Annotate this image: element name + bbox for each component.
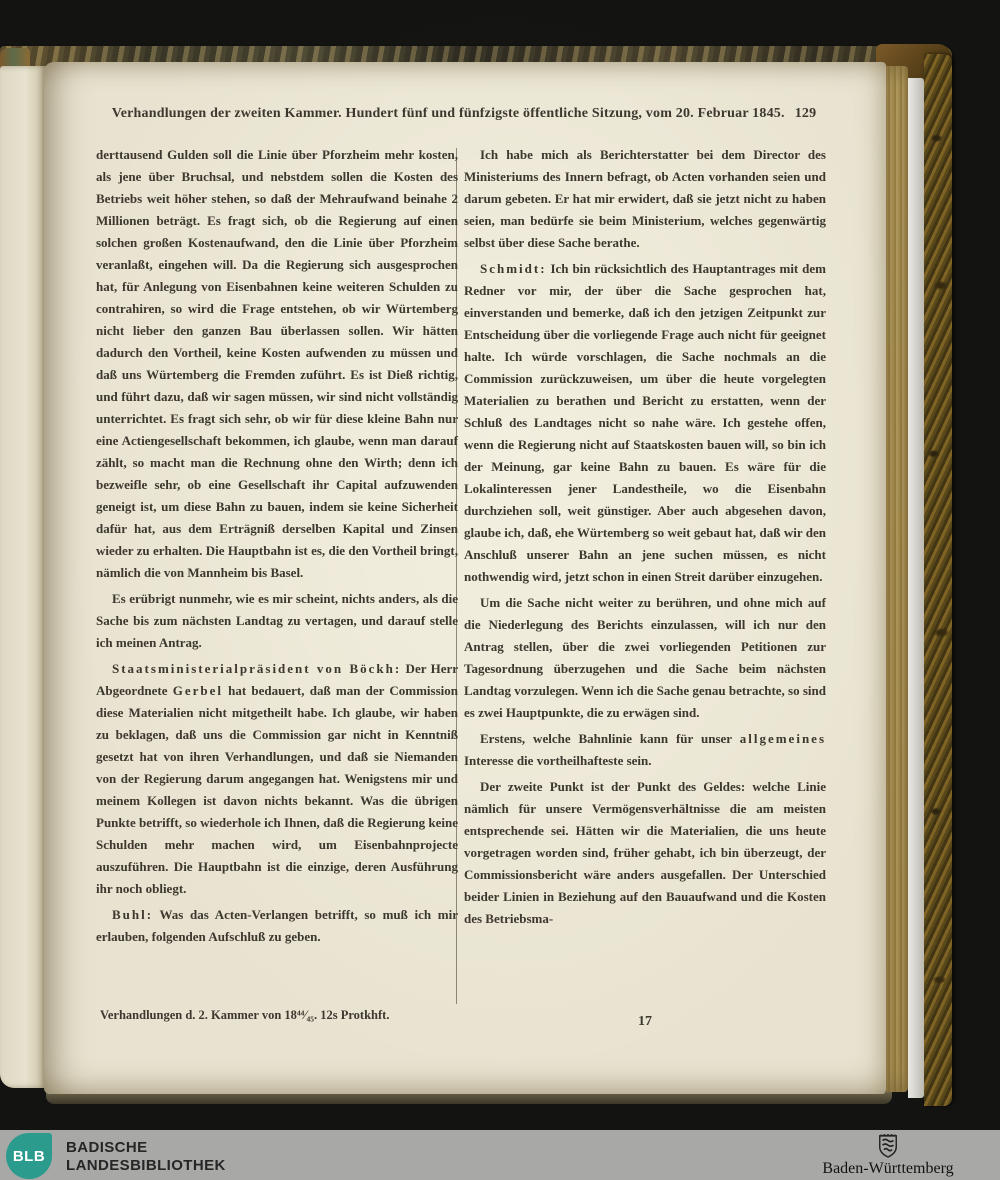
- book-under-pages-edge: [908, 78, 924, 1098]
- paragraph: Buhl: Was das Acten-Verlangen betrifft, …: [96, 904, 458, 948]
- column-left: derttausend Gulden soll die Linie über P…: [96, 144, 458, 952]
- page-header-text: Verhandlungen der zweiten Kammer. Hunder…: [112, 106, 785, 121]
- page-footnote: Verhandlungen d. 2. Kammer von 18⁴⁴⁄₄₅. …: [100, 1008, 500, 1023]
- book-fore-edge: [886, 66, 908, 1092]
- speaker-label: Schmidt:: [480, 261, 547, 276]
- page-number: 129: [785, 106, 817, 121]
- paragraph: Es erübrigt nunmehr, wie es mir scheint,…: [96, 588, 458, 654]
- library-name-line2: LANDESBIBLIOTHEK: [66, 1157, 226, 1175]
- blb-logo-text: BLB: [13, 1148, 45, 1165]
- state-name: Baden-Württemberg: [788, 1160, 988, 1178]
- library-name: BADISCHE LANDESBIBLIOTHEK: [66, 1139, 226, 1175]
- column-right: Ich habe mich als Berichterstatter bei d…: [464, 144, 826, 934]
- paragraph-text: Ich bin rücksichtlich des Hauptantrages …: [464, 261, 826, 584]
- paragraph-text: derttausend Gulden soll die Linie über P…: [96, 147, 458, 580]
- paragraph-text: hat bedauert, daß man der Commission die…: [96, 683, 458, 896]
- paragraph-text: Der zweite Punkt ist der Punkt des Gelde…: [464, 779, 826, 926]
- paragraph-emphasis: allgemeines: [740, 731, 826, 746]
- blb-logo: BLB: [6, 1133, 52, 1179]
- paragraph: Der zweite Punkt ist der Punkt des Gelde…: [464, 776, 826, 930]
- paragraph: Ich habe mich als Berichterstatter bei d…: [464, 144, 826, 254]
- left-page-sliver: [0, 66, 46, 1088]
- speaker-label: Staatsministerialpräsident von Böckh:: [112, 661, 401, 676]
- paragraph-emphasis: Gerbel: [173, 683, 223, 698]
- paragraph-text: Interesse die vortheilhafteste sein.: [464, 753, 652, 768]
- paragraph: Staatsministerialpräsident von Böckh: De…: [96, 658, 458, 900]
- paragraph: Um die Sache nicht weiter zu berühren, u…: [464, 592, 826, 724]
- paragraph: Schmidt: Ich bin rücksichtlich des Haupt…: [464, 258, 826, 588]
- baden-wuerttemberg-coat-of-arms-icon: [877, 1133, 899, 1159]
- paragraph: Erstens, welche Bahnlinie kann für unser…: [464, 728, 826, 772]
- library-name-line1: BADISCHE: [66, 1139, 226, 1157]
- book-cover-marbled: [924, 54, 952, 1106]
- paragraph-text: Um die Sache nicht weiter zu berühren, u…: [464, 595, 826, 720]
- scanned-page: Verhandlungen der zweiten Kammer. Hunder…: [44, 62, 886, 1094]
- paragraph-text: Ich habe mich als Berichterstatter bei d…: [464, 147, 826, 250]
- state-wordmark: Baden-Württemberg: [788, 1133, 988, 1177]
- speaker-label: Buhl:: [112, 907, 153, 922]
- paragraph-text: Es erübrigt nunmehr, wie es mir scheint,…: [96, 591, 458, 650]
- page-header: Verhandlungen der zweiten Kammer. Hunder…: [94, 106, 834, 122]
- page-signature-number: 17: [464, 1014, 826, 1030]
- paragraph: derttausend Gulden soll die Linie über P…: [96, 144, 458, 584]
- paragraph-text: Erstens, welche Bahnlinie kann für unser: [480, 731, 740, 746]
